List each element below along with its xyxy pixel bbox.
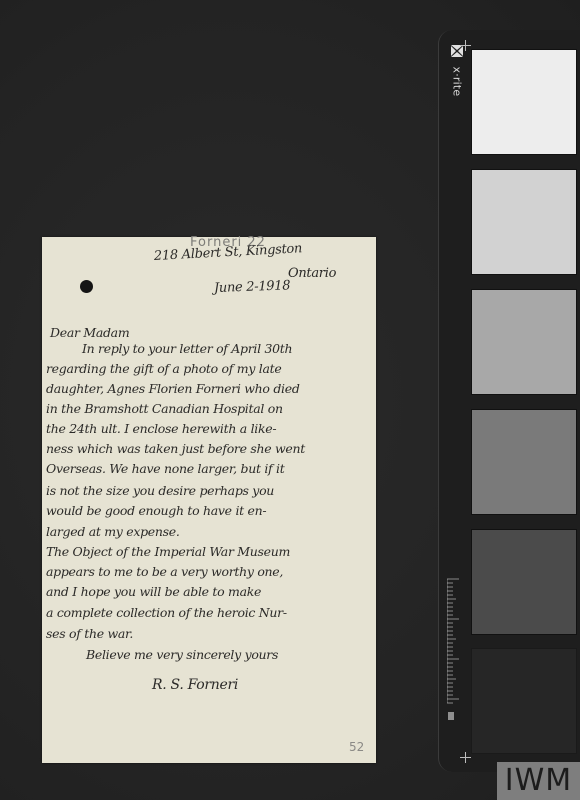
body-line: regarding the gift of a photo of my late <box>46 361 281 376</box>
body-line: and I hope you will be able to make <box>46 584 261 599</box>
body-line: daughter, Agnes Florien Forneri who died <box>46 381 300 396</box>
address-line-2: Ontario <box>288 266 336 281</box>
address-line-1: 218 Albert St, Kingston <box>154 241 303 264</box>
patch-white <box>471 49 577 155</box>
salutation: Dear Madam <box>50 325 129 340</box>
brand-text: x·rite <box>451 67 464 111</box>
letter-date: June 2-1918 <box>214 278 291 296</box>
body-line: appears to me to be a very worthy one, <box>46 564 283 579</box>
registration-mark-bottom <box>460 752 471 763</box>
mm-ruler <box>447 578 461 706</box>
body-line: a complete collection of the heroic Nur- <box>46 605 287 620</box>
page-number: 52 <box>349 740 364 754</box>
body-line: ness which was taken just before she wen… <box>46 441 305 456</box>
body-line: The Object of the Imperial War Museum <box>46 544 290 559</box>
patch-near-black <box>471 648 577 754</box>
punch-hole <box>80 280 93 293</box>
letter-page: Forneri 22 218 Albert St, Kingston Ontar… <box>42 237 376 763</box>
iwm-watermark: IWM <box>497 762 580 800</box>
ruler-unit-label <box>448 712 454 720</box>
patch-dark-gray <box>471 529 577 635</box>
patch-light-gray <box>471 169 577 275</box>
body-line: Overseas. We have none larger, but if it <box>46 461 284 476</box>
signature: R. S. Forneri <box>152 677 238 693</box>
body-line: ses of the war. <box>46 626 133 641</box>
body-line: would be good enough to have it en- <box>46 503 266 518</box>
body-line: the 24th ult. I enclose herewith a like- <box>46 421 276 436</box>
patch-mid-gray <box>471 409 577 515</box>
brand: x·rite <box>449 44 465 114</box>
body-line: In reply to your letter of April 30th <box>82 341 292 356</box>
closing: Believe me very sincerely yours <box>86 647 278 662</box>
body-line: in the Bramshott Canadian Hospital on <box>46 401 283 416</box>
body-line: larged at my expense. <box>46 524 180 539</box>
color-checker-card: x·rite <box>438 30 580 772</box>
body-line: is not the size you desire perhaps you <box>46 483 274 498</box>
patch-mid-light-gray <box>471 289 577 395</box>
registration-mark-top <box>460 40 471 51</box>
